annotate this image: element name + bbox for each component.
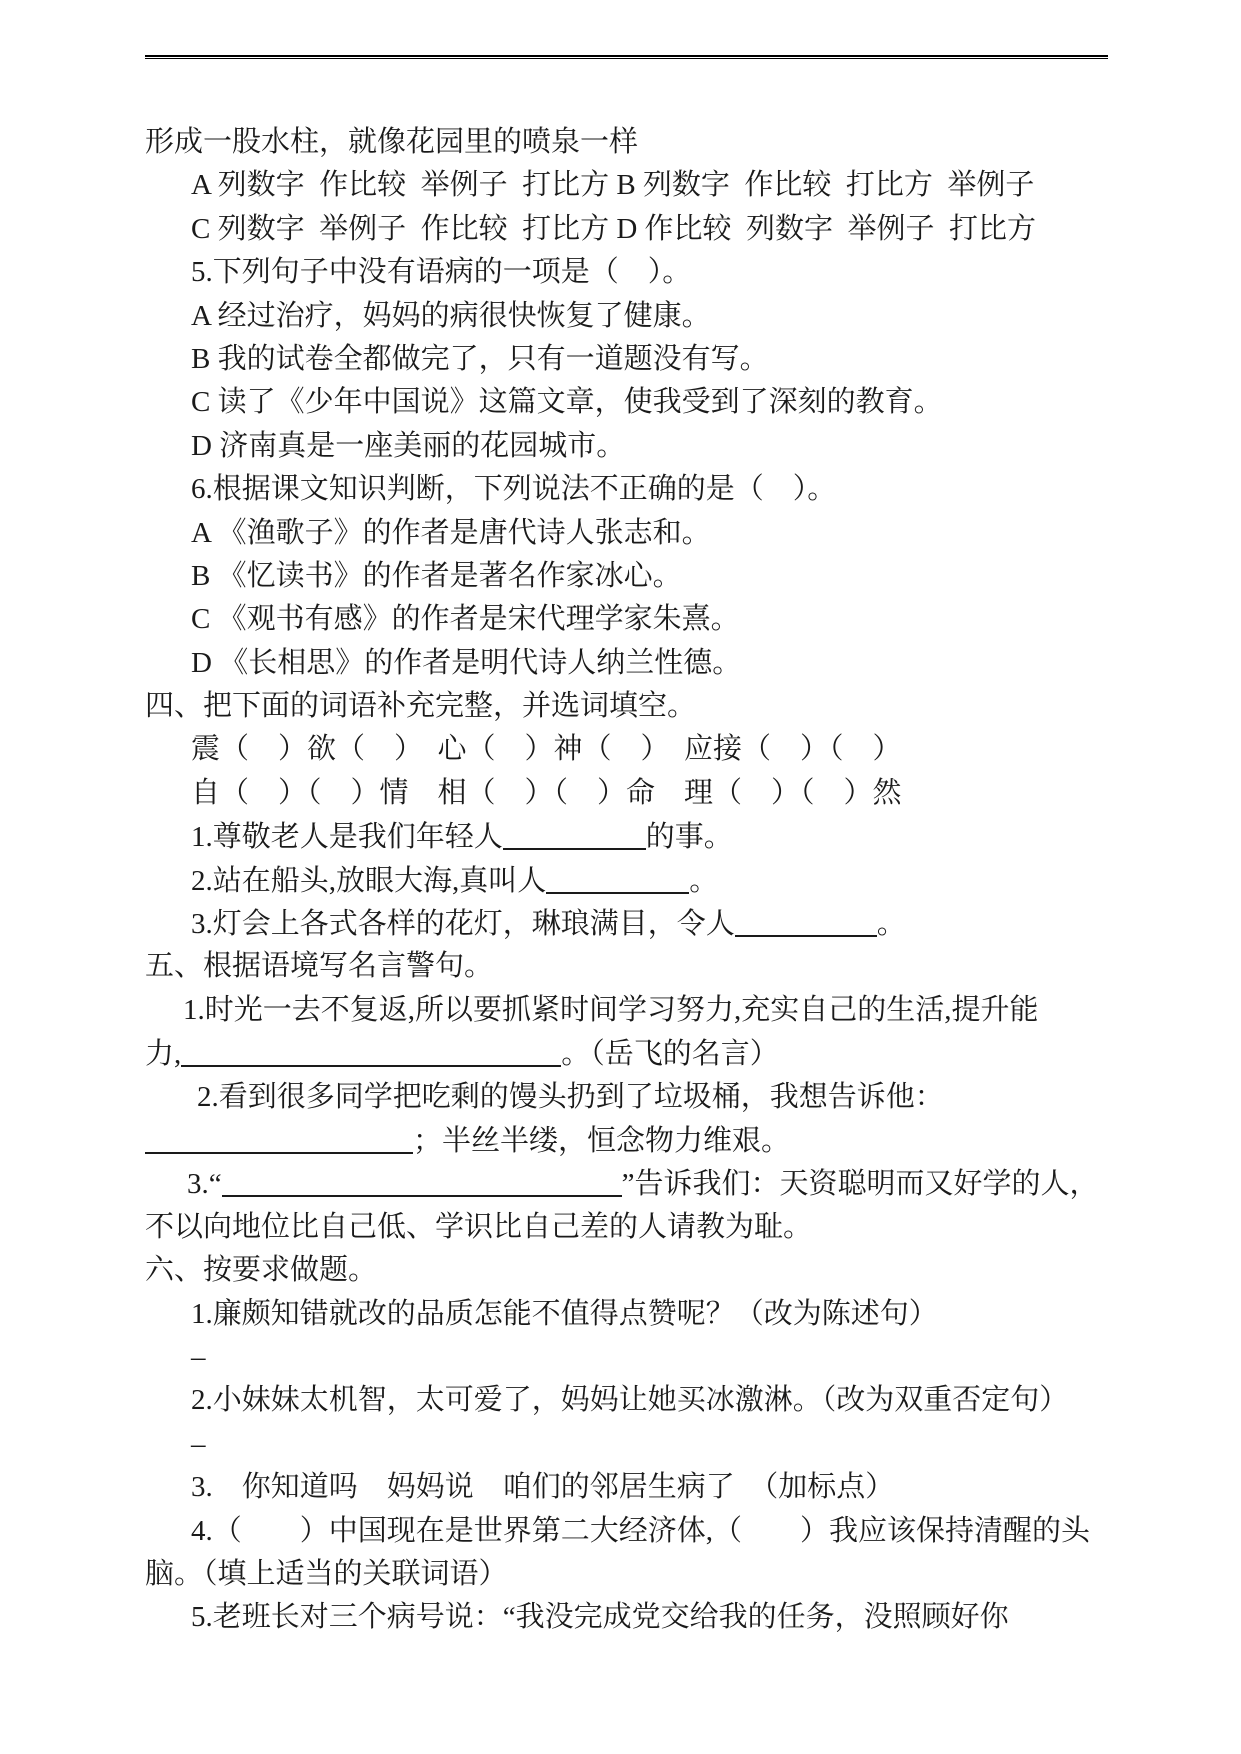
task-1-rewrite: 1.廉颇知错就改的品质怎能不值得点赞呢？（改为陈述句） <box>0 1293 1241 1336</box>
text-segment: 自（ ）（ ）情 相（ ）（ ）命 理（ ）（ ）然 <box>191 777 902 809</box>
text-segment: B 我的试卷全都做完了，只有一道题没有写。 <box>191 343 769 375</box>
saying-1-line-1: 1.时光一去不复返,所以要抓紧时间学习努力,充实自己的生活,提升能 <box>0 989 1241 1032</box>
q4-stem-continuation: 形成一股水柱，就像花园里的喷泉一样 <box>0 121 1241 164</box>
task-4-line-1: 4.（ ）中国现在是世界第二大经济体,（ ）我应该保持清醒的头 <box>0 1510 1241 1553</box>
text-segment: 不以向地位比自己低、学识比自己差的人请教为耻。 <box>145 1211 812 1243</box>
text-segment: B 《忆读书》的作者是著名作家冰心。 <box>191 560 682 592</box>
text-segment: 四、把下面的词语补充完整，并选词填空。 <box>145 690 696 722</box>
text-segment: 震（ ）欲（ ） 心（ ）神（ ） 应接（ ）（ ） <box>191 733 902 765</box>
text-segment: 2.站在船头,放眼大海,真叫人 <box>191 865 546 897</box>
answer-blank <box>181 1036 561 1067</box>
q4-options-c-d: C 列数字 举例子 作比较 打比方 D 作比较 列数字 举例子 打比方 <box>0 208 1241 251</box>
text-segment: 1.尊敬老人是我们年轻人 <box>191 821 503 853</box>
answer-blank <box>145 1123 413 1154</box>
text-segment: 形成一股水柱，就像花园里的喷泉一样 <box>145 126 638 158</box>
saying-1-line-2: 力,。（岳飞的名言） <box>0 1032 1241 1075</box>
text-segment: 的事。 <box>646 821 733 853</box>
text-segment: ”告诉我们：天资聪明而又好学的人， <box>622 1168 1099 1200</box>
text-segment: D 济南真是一座美丽的花园城市。 <box>191 430 625 462</box>
q6-option-c: C 《观书有感》的作者是宋代理学家朱熹。 <box>0 598 1241 641</box>
text-segment: 五、根据语境写名言警句。 <box>145 950 493 982</box>
saying-2-line-1: 2.看到很多同学把吃剩的馒头扔到了垃圾桶，我想告诉他： <box>0 1076 1241 1119</box>
text-segment: ；半丝半缕，恒念物力维艰。 <box>413 1125 790 1157</box>
text-segment: A 《渔歌子》的作者是唐代诗人张志和。 <box>191 517 711 549</box>
q5-option-c: C 读了《少年中国说》这篇文章，使我受到了深刻的教育。 <box>0 381 1241 424</box>
text-segment: 1.廉颇知错就改的品质怎能不值得点赞呢？（改为陈述句） <box>191 1298 938 1330</box>
q6-option-b: B 《忆读书》的作者是著名作家冰心。 <box>0 555 1241 598</box>
saying-3-line-1: 3.“”告诉我们：天资聪明而又好学的人， <box>0 1162 1241 1205</box>
text-segment: C 读了《少年中国说》这篇文章，使我受到了深刻的教育。 <box>191 386 943 418</box>
answer-blank <box>503 819 646 850</box>
text-segment: A 列数字 作比较 举例子 打比方 B 列数字 作比较 打比方 举例子 <box>191 169 1034 201</box>
text-segment: C 《观书有感》的作者是宋代理学家朱熹。 <box>191 603 740 635</box>
text-segment: 5.老班长对三个病号说：“我没完成党交给我的任务，没照顾好你 <box>191 1601 1009 1633</box>
text-segment: 。 <box>877 908 906 940</box>
answer-blank <box>546 863 689 894</box>
task-3-punctuation: 3. 你知道吗 妈妈说 咱们的邻居生病了 （加标点） <box>0 1466 1241 1509</box>
section-6-heading: 六、按要求做题。 <box>0 1249 1241 1292</box>
answer-blank <box>735 906 877 937</box>
q6-stem: 6.根据课文知识判断，下列说法不正确的是（ ）。 <box>0 468 1241 511</box>
q5-option-b: B 我的试卷全都做完了，只有一道题没有写。 <box>0 338 1241 381</box>
document-body: 形成一股水柱，就像花园里的喷泉一样A 列数字 作比较 举例子 打比方 B 列数字… <box>0 121 1241 1640</box>
text-segment: A 经过治疗，妈妈的病很快恢复了健康。 <box>191 300 711 332</box>
text-segment: 3.灯会上各式各样的花灯，琳琅满目，令人 <box>191 908 735 940</box>
text-segment: 脑。（填上适当的关联词语） <box>145 1558 508 1590</box>
q6-option-a: A 《渔歌子》的作者是唐代诗人张志和。 <box>0 512 1241 555</box>
answer-blank <box>222 1166 622 1197</box>
text-segment: 六、按要求做题。 <box>145 1254 377 1286</box>
idiom-row-2: 自（ ）（ ）情 相（ ）（ ）命 理（ ）（ ）然 <box>0 772 1241 815</box>
saying-2-line-2: ；半丝半缕，恒念物力维艰。 <box>0 1119 1241 1162</box>
task-4-line-2: 脑。（填上适当的关联词语） <box>0 1553 1241 1596</box>
header-rule <box>145 55 1108 59</box>
text-segment: 力, <box>145 1038 181 1070</box>
idiom-fill-1: 1.尊敬老人是我们年轻人的事。 <box>0 815 1241 858</box>
text-segment: 6.根据课文知识判断，下列说法不正确的是（ ）。 <box>191 473 836 505</box>
text-segment: C 列数字 举例子 作比较 打比方 D 作比较 列数字 举例子 打比方 <box>191 213 1036 245</box>
q5-option-a: A 经过治疗，妈妈的病很快恢复了健康。 <box>0 295 1241 338</box>
idiom-fill-3: 3.灯会上各式各样的花灯，琳琅满目，令人。 <box>0 902 1241 945</box>
text-segment: 3.“ <box>187 1168 222 1200</box>
section-4-heading: 四、把下面的词语补充完整，并选词填空。 <box>0 685 1241 728</box>
q6-option-d: D 《长相思》的作者是明代诗人纳兰性德。 <box>0 642 1241 685</box>
answer-dash-2: – <box>0 1423 1241 1466</box>
text-segment: 。（岳飞的名言） <box>561 1038 779 1070</box>
answer-dash-1: – <box>0 1336 1241 1379</box>
text-segment: 4.（ ）中国现在是世界第二大经济体,（ ）我应该保持清醒的头 <box>191 1515 1090 1547</box>
section-5-heading: 五、根据语境写名言警句。 <box>0 945 1241 988</box>
text-segment: 1.时光一去不复返,所以要抓紧时间学习努力,充实自己的生活,提升能 <box>183 994 1039 1026</box>
header-rule-thin-line <box>145 58 1108 59</box>
text-segment: D 《长相思》的作者是明代诗人纳兰性德。 <box>191 647 741 679</box>
q4-options-a-b: A 列数字 作比较 举例子 打比方 B 列数字 作比较 打比方 举例子 <box>0 164 1241 207</box>
saying-3-line-2: 不以向地位比自己低、学识比自己差的人请教为耻。 <box>0 1206 1241 1249</box>
header-rule-thick-line <box>145 55 1108 57</box>
idiom-row-1: 震（ ）欲（ ） 心（ ）神（ ） 应接（ ）（ ） <box>0 728 1241 771</box>
task-2-rewrite: 2.小妹妹太机智，太可爱了，妈妈让她买冰激淋。（改为双重否定句） <box>0 1379 1241 1422</box>
q5-option-d: D 济南真是一座美丽的花园城市。 <box>0 425 1241 468</box>
idiom-fill-2: 2.站在船头,放眼大海,真叫人。 <box>0 859 1241 902</box>
text-segment: 2.看到很多同学把吃剩的馒头扔到了垃圾桶，我想告诉他： <box>197 1081 944 1113</box>
text-segment: – <box>191 1341 206 1373</box>
test-paper-page: 形成一股水柱，就像花园里的喷泉一样A 列数字 作比较 举例子 打比方 B 列数字… <box>0 0 1241 1754</box>
text-segment: 。 <box>689 865 718 897</box>
text-segment: – <box>191 1428 206 1460</box>
text-segment: 3. 你知道吗 妈妈说 咱们的邻居生病了 （加标点） <box>191 1471 894 1503</box>
task-5-quote: 5.老班长对三个病号说：“我没完成党交给我的任务，没照顾好你 <box>0 1596 1241 1639</box>
q5-stem: 5.下列句子中没有语病的一项是（ ）。 <box>0 251 1241 294</box>
text-segment: 2.小妹妹太机智，太可爱了，妈妈让她买冰激淋。（改为双重否定句） <box>191 1384 1068 1416</box>
text-segment: 5.下列句子中没有语病的一项是（ ）。 <box>191 256 691 288</box>
